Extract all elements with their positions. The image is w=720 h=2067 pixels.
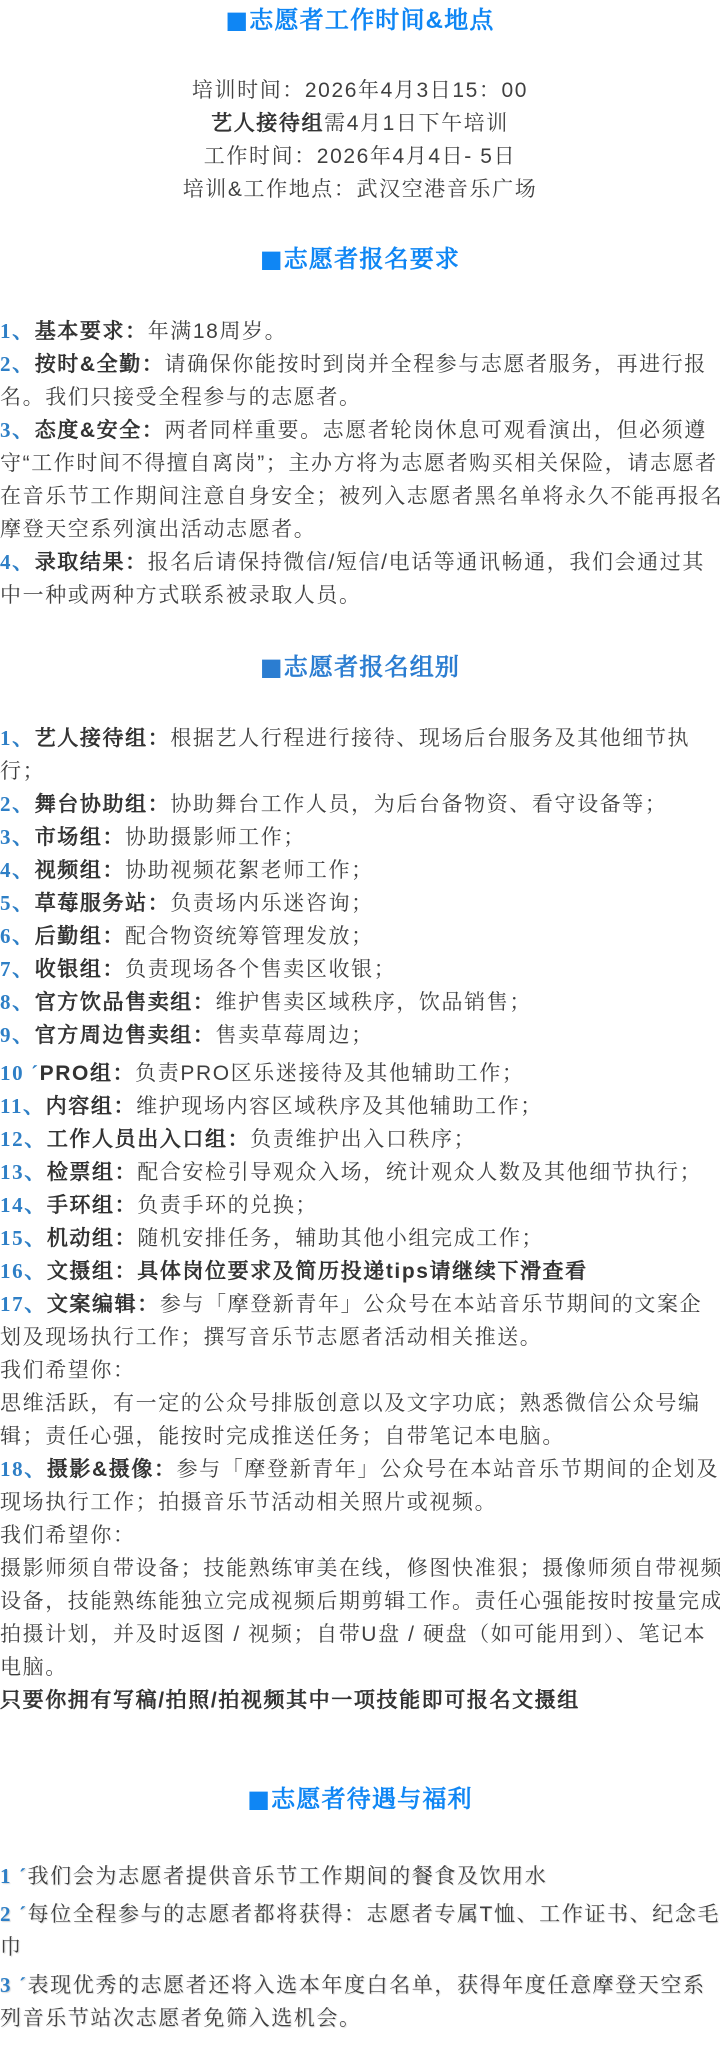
- wish-heading: 我们希望你：: [0, 1519, 720, 1552]
- item-continuation: 行；: [0, 755, 720, 788]
- group-item-8: 8、官方饮品售卖组：维护售卖区域秩序，饮品销售；: [0, 986, 720, 1019]
- item-text: 协助视频花絮老师工作；: [125, 859, 374, 882]
- item-label: 草莓服务站：: [35, 892, 171, 915]
- wish-text: 设备，技能熟练能独立完成视频后期剪辑工作。责任心强能按时按量完成: [0, 1585, 720, 1618]
- requirement-item-2: 2、按时&全勤：请确保你能按时到岗并全程参与志愿者服务，再进行报 名。我们只接受…: [0, 348, 720, 414]
- item-number: 3、: [0, 418, 35, 442]
- item-number: 16、: [0, 1259, 47, 1283]
- work-time: 工作时间：2026年4月4日- 5日: [0, 140, 720, 173]
- square-bullet-icon: ■: [260, 653, 284, 681]
- item-text: 负责场内乐迷咨询；: [170, 892, 373, 915]
- group-item-15: 15、机动组：随机安排任务，辅助其他小组完成工作；: [0, 1222, 720, 1255]
- item-first-line: 4、录取结果：报名后请保持微信/短信/电话等通讯畅通，我们会通过其: [0, 546, 720, 579]
- groups-section: ■志愿者报名组别 1、艺人接待组：根据艺人行程进行接待、现场后台服务及其他细节执…: [0, 649, 720, 1717]
- item-text: 配合安检引导观众入场，统计观众人数及其他细节执行；: [137, 1161, 702, 1184]
- item-number: 14、: [0, 1193, 47, 1217]
- item-number: 5、: [0, 891, 35, 915]
- group-item-2: 2、舞台协助组：协助舞台工作人员，为后台备物资、看守设备等；: [0, 788, 720, 821]
- item-continuation: 划及现场执行工作；撰写音乐节志愿者活动相关推送。: [0, 1321, 720, 1354]
- item-number: 2 ˊ: [0, 1902, 28, 1926]
- item-number: 15、: [0, 1226, 47, 1250]
- groups-title-text: 志愿者报名组别: [284, 654, 460, 681]
- group-item-12: 12、工作人员出入口组：负责维护出入口秩序；: [0, 1123, 720, 1156]
- schedule-title-text: 志愿者工作时间&地点: [249, 7, 494, 34]
- closing-note: 只要你拥有写稿/拍照/拍视频其中一项技能即可报名文摄组: [0, 1684, 720, 1717]
- item-continuation: 列音乐节站次志愿者免筛入选机会。: [0, 2002, 720, 2035]
- artist-training-note: 艺人接待组需4月1日下午培训: [0, 107, 720, 140]
- group-item-4: 4、视频组：协助视频花絮老师工作；: [0, 854, 720, 887]
- item-text: 负责PRO区乐迷接待及其他辅助工作；: [135, 1062, 524, 1085]
- groups-list-part-2: 10 ˊPRO组：负责PRO区乐迷接待及其他辅助工作； 11、内容组：维护现场内…: [0, 1057, 720, 1717]
- item-number: 18、: [0, 1457, 47, 1481]
- item-continuation: 现场执行工作；拍摄音乐节活动相关照片或视频。: [0, 1486, 720, 1519]
- item-number: 2、: [0, 352, 35, 376]
- item-first-line: 1、艺人接待组：根据艺人行程进行接待、现场后台服务及其他细节执: [0, 722, 720, 755]
- item-continuation: 巾: [0, 1931, 720, 1964]
- wish-text: 摄影师须自带设备；技能熟练审美在线，修图快准狠；摄像师须自带视频: [0, 1552, 720, 1585]
- benefits-list: 1 ˊ我们会为志愿者提供音乐节工作期间的餐食及饮用水 2 ˊ每位全程参与的志愿者…: [0, 1860, 720, 2035]
- wish-text: 辑；责任心强，能按时完成推送任务；自带笔记本电脑。: [0, 1420, 720, 1453]
- item-label: 文摄组：: [47, 1260, 137, 1283]
- item-text: 随机安排任务，辅助其他小组完成工作；: [137, 1227, 544, 1250]
- item-label: 摄影&摄像：: [47, 1458, 177, 1481]
- item-number: 6、: [0, 924, 35, 948]
- item-number: 17、: [0, 1292, 47, 1316]
- item-continuation: 摩登天空系列演出活动志愿者。: [0, 513, 720, 546]
- item-label: 后勤组：: [35, 925, 125, 948]
- item-text: 报名后请保持微信/短信/电话等通讯畅通，我们会通过其: [148, 551, 705, 574]
- item-text: 负责现场各个售卖区收银；: [125, 958, 396, 981]
- item-label: 态度&安全：: [35, 419, 165, 442]
- item-text: 维护现场内容区域秩序及其他辅助工作；: [136, 1095, 543, 1118]
- requirement-item-1: 1、基本要求：年满18周岁。: [0, 315, 720, 348]
- item-number: 2、: [0, 792, 35, 816]
- item-continuation: 在音乐节工作期间注意自身安全；被列入志愿者黑名单将永久不能再报名: [0, 480, 720, 513]
- item-number: 1 ˊ: [0, 1864, 28, 1888]
- group-item-10: 10 ˊPRO组：负责PRO区乐迷接待及其他辅助工作；: [0, 1057, 720, 1090]
- item-number: 3、: [0, 825, 35, 849]
- item-text: 协助摄影师工作；: [125, 826, 306, 849]
- schedule-section: ■志愿者工作时间&地点 培训时间：2026年4月3日15：00 艺人接待组需4月…: [0, 2, 720, 206]
- group-item-3: 3、市场组：协助摄影师工作；: [0, 821, 720, 854]
- item-label: 官方饮品售卖组：: [35, 991, 216, 1014]
- benefit-item-2: 2 ˊ每位全程参与的志愿者都将获得：志愿者专属T恤、工作证书、纪念毛 巾: [0, 1898, 720, 1964]
- item-text: 配合物资统筹管理发放；: [125, 925, 374, 948]
- item-text: 负责手环的兑换；: [137, 1194, 318, 1217]
- item-label: 艺人接待组：: [35, 727, 171, 750]
- item-text: 参与「摩登新青年」公众号在本站音乐节期间的企划及: [177, 1458, 719, 1481]
- item-text: 负责维护出入口秩序；: [250, 1128, 476, 1151]
- requirement-item-4: 4、录取结果：报名后请保持微信/短信/电话等通讯畅通，我们会通过其 中一种或两种…: [0, 546, 720, 612]
- item-label: 录取结果：: [35, 551, 148, 574]
- item-text: 售卖草莓周边；: [216, 1024, 374, 1047]
- item-label: 内容组：: [46, 1095, 136, 1118]
- item-continuation: 中一种或两种方式联系被录取人员。: [0, 579, 720, 612]
- item-continuation: 守“工作时间不得擅自离岗”；主办方将为志愿者购买相关保险，请志愿者: [0, 447, 720, 480]
- wish-text: 拍摄计划，并及时返图 / 视频；自带U盘 / 硬盘（如可能用到）、笔记本: [0, 1618, 720, 1651]
- schedule-title: ■志愿者工作时间&地点: [0, 2, 720, 38]
- training-time: 培训时间：2026年4月3日15：00: [0, 74, 720, 107]
- item-text: 表现优秀的志愿者还将入选本年度白名单，获得年度任意摩登天空系: [28, 1974, 706, 1997]
- artist-training-text: 需4月1日下午培训: [324, 112, 509, 135]
- schedule-body: 培训时间：2026年4月3日15：00 艺人接待组需4月1日下午培训 工作时间：…: [0, 74, 720, 206]
- square-bullet-icon: ■: [260, 245, 284, 273]
- item-number: 1、: [0, 726, 35, 750]
- item-number: 10 ˊ: [0, 1061, 40, 1085]
- group-item-16: 16、文摄组：具体岗位要求及简历投递tips请继续下滑查看: [0, 1255, 720, 1288]
- item-label: 视频组：: [35, 859, 125, 882]
- requirements-title: ■志愿者报名要求: [0, 241, 720, 277]
- group-item-11: 11、内容组：维护现场内容区域秩序及其他辅助工作；: [0, 1090, 720, 1123]
- group-item-9: 9、官方周边售卖组：售卖草莓周边；: [0, 1019, 720, 1052]
- square-bullet-icon: ■: [225, 6, 249, 34]
- item-number: 4、: [0, 858, 35, 882]
- item-first-line: 17、文案编辑：参与「摩登新青年」公众号在本站音乐节期间的文案企: [0, 1288, 720, 1321]
- item-number: 9、: [0, 1023, 35, 1047]
- item-label: PRO组：: [40, 1062, 136, 1085]
- group-item-13: 13、检票组：配合安检引导观众入场，统计观众人数及其他细节执行；: [0, 1156, 720, 1189]
- benefit-item-1: 1 ˊ我们会为志愿者提供音乐节工作期间的餐食及饮用水: [0, 1860, 720, 1893]
- item-label: 检票组：: [47, 1161, 137, 1184]
- group-item-17: 17、文案编辑：参与「摩登新青年」公众号在本站音乐节期间的文案企 划及现场执行工…: [0, 1288, 720, 1453]
- item-text: 两者同样重要。志愿者轮岗休息可观看演出，但必须遵: [164, 419, 706, 442]
- group-item-7: 7、收银组：负责现场各个售卖区收银；: [0, 953, 720, 986]
- item-first-line: 1、基本要求：年满18周岁。: [0, 315, 720, 348]
- square-bullet-icon: ■: [247, 1785, 271, 1813]
- requirements-section: ■志愿者报名要求 1、基本要求：年满18周岁。 2、按时&全勤：请确保你能按时到…: [0, 241, 720, 612]
- benefits-title-text: 志愿者待遇与福利: [271, 1786, 473, 1813]
- item-first-line: 2 ˊ每位全程参与的志愿者都将获得：志愿者专属T恤、工作证书、纪念毛: [0, 1898, 720, 1931]
- item-text: 协助舞台工作人员，为后台备物资、看守设备等；: [170, 793, 667, 816]
- item-text: 请确保你能按时到岗并全程参与志愿者服务，再进行报: [164, 353, 706, 376]
- item-text-emphasis: 具体岗位要求及简历投递tips请继续下滑查看: [137, 1260, 588, 1283]
- item-number: 4、: [0, 550, 35, 574]
- item-label: 官方周边售卖组：: [35, 1024, 216, 1047]
- item-number: 13、: [0, 1160, 47, 1184]
- benefit-item-3: 3 ˊ表现优秀的志愿者还将入选本年度白名单，获得年度任意摩登天空系 列音乐节站次…: [0, 1969, 720, 2035]
- item-first-line: 1 ˊ我们会为志愿者提供音乐节工作期间的餐食及饮用水: [0, 1860, 720, 1893]
- item-number: 3 ˊ: [0, 1973, 28, 1997]
- item-number: 8、: [0, 990, 35, 1014]
- requirements-list: 1、基本要求：年满18周岁。 2、按时&全勤：请确保你能按时到岗并全程参与志愿者…: [0, 315, 720, 612]
- item-label: 机动组：: [47, 1227, 137, 1250]
- group-item-14: 14、手环组：负责手环的兑换；: [0, 1189, 720, 1222]
- benefits-title: ■志愿者待遇与福利: [0, 1781, 720, 1817]
- wish-text: 思维活跃，有一定的公众号排版创意以及文字功底；熟悉微信公众号编: [0, 1387, 720, 1420]
- item-label: 按时&全勤：: [35, 353, 165, 376]
- item-label: 市场组：: [35, 826, 125, 849]
- item-label: 舞台协助组：: [35, 793, 171, 816]
- item-text: 我们会为志愿者提供音乐节工作期间的餐食及饮用水: [28, 1865, 548, 1888]
- group-item-5: 5、草莓服务站：负责场内乐迷咨询；: [0, 887, 720, 920]
- item-text: 根据艺人行程进行接待、现场后台服务及其他细节执: [170, 727, 690, 750]
- group-item-1: 1、艺人接待组：根据艺人行程进行接待、现场后台服务及其他细节执 行；: [0, 722, 720, 788]
- requirements-title-text: 志愿者报名要求: [284, 246, 460, 273]
- groups-title: ■志愿者报名组别: [0, 649, 720, 685]
- benefits-section: ■志愿者待遇与福利 1 ˊ我们会为志愿者提供音乐节工作期间的餐食及饮用水 2 ˊ…: [0, 1781, 720, 2035]
- article-page: ■志愿者工作时间&地点 培训时间：2026年4月3日15：00 艺人接待组需4月…: [0, 0, 720, 2067]
- item-first-line: 18、摄影&摄像：参与「摩登新青年」公众号在本站音乐节期间的企划及: [0, 1453, 720, 1486]
- groups-list-part-1: 1、艺人接待组：根据艺人行程进行接待、现场后台服务及其他细节执 行； 2、舞台协…: [0, 722, 720, 1052]
- item-first-line: 2、按时&全勤：请确保你能按时到岗并全程参与志愿者服务，再进行报: [0, 348, 720, 381]
- requirement-item-3: 3、态度&安全：两者同样重要。志愿者轮岗休息可观看演出，但必须遵 守“工作时间不…: [0, 414, 720, 546]
- location: 培训&工作地点：武汉空港音乐广场: [0, 173, 720, 206]
- group-item-18: 18、摄影&摄像：参与「摩登新青年」公众号在本站音乐节期间的企划及 现场执行工作…: [0, 1453, 720, 1684]
- artist-group-name: 艺人接待组: [211, 112, 324, 135]
- item-text: 年满18周岁。: [148, 320, 288, 343]
- group-item-6: 6、后勤组：配合物资统筹管理发放；: [0, 920, 720, 953]
- item-text: 参与「摩登新青年」公众号在本站音乐节期间的文案企: [160, 1293, 702, 1316]
- item-text: 每位全程参与的志愿者都将获得：志愿者专属T恤、工作证书、纪念毛: [28, 1903, 720, 1926]
- wish-heading: 我们希望你：: [0, 1354, 720, 1387]
- item-text: 维护售卖区域秩序，饮品销售；: [216, 991, 532, 1014]
- item-label: 文案编辑：: [47, 1293, 160, 1316]
- item-first-line: 3 ˊ表现优秀的志愿者还将入选本年度白名单，获得年度任意摩登天空系: [0, 1969, 720, 2002]
- item-number: 11、: [0, 1094, 46, 1118]
- item-number: 1、: [0, 319, 35, 343]
- item-number: 12、: [0, 1127, 47, 1151]
- item-label: 基本要求：: [35, 320, 148, 343]
- item-label: 手环组：: [47, 1194, 137, 1217]
- item-continuation: 名。我们只接受全程参与的志愿者。: [0, 381, 720, 414]
- wish-text: 电脑。: [0, 1651, 720, 1684]
- item-first-line: 3、态度&安全：两者同样重要。志愿者轮岗休息可观看演出，但必须遵: [0, 414, 720, 447]
- item-label: 收银组：: [35, 958, 125, 981]
- item-label: 工作人员出入口组：: [47, 1128, 250, 1151]
- item-number: 7、: [0, 957, 35, 981]
